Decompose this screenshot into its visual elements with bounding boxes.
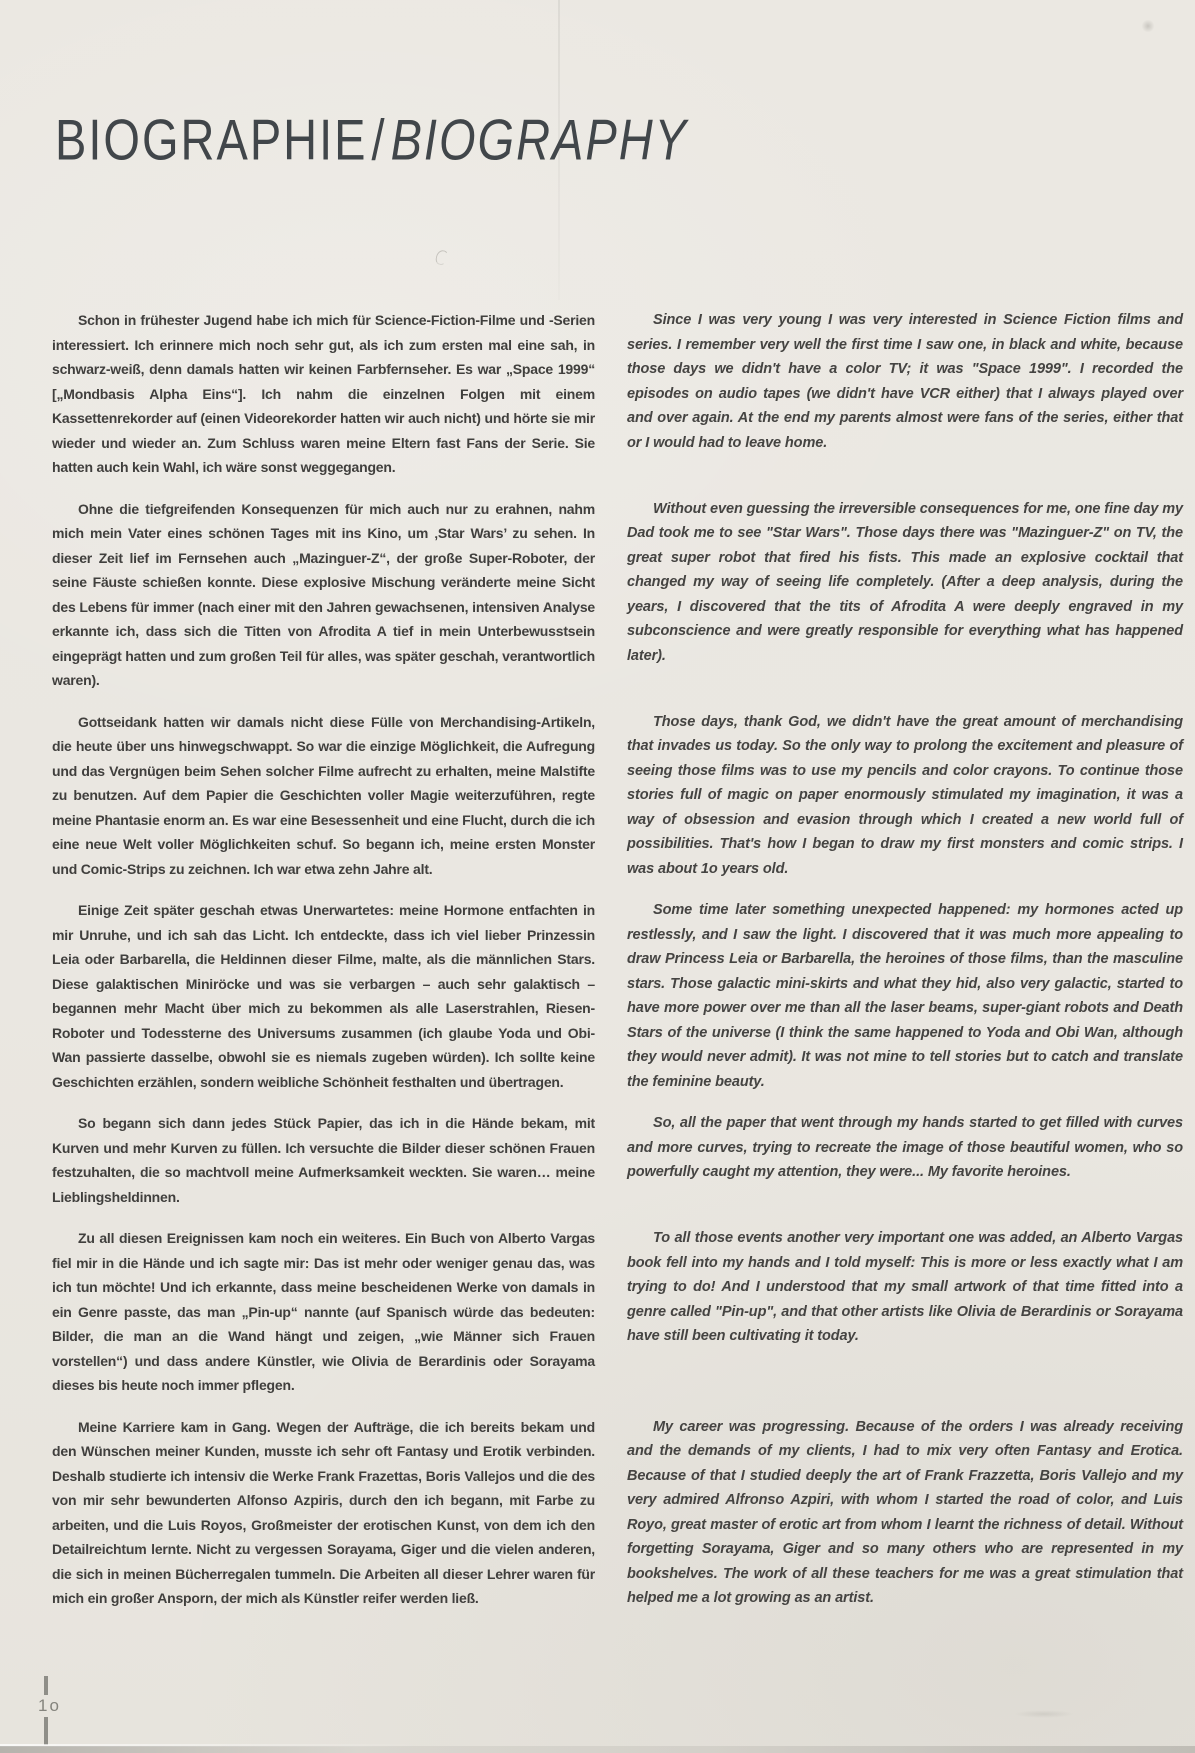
bio-paragraph-german: So begann sich dann jedes Stück Papier, … [52, 1111, 595, 1209]
scan-edge [0, 1746, 1195, 1753]
bio-paragraph-german: Gottseidank hatten wir damals nicht dies… [52, 710, 595, 882]
paragraph-row: So begann sich dann jedes Stück Papier, … [52, 1111, 1183, 1209]
paragraph-row: Schon in frühester Jugend habe ich mich … [52, 308, 1183, 480]
bio-paragraph-german: Schon in frühester Jugend habe ich mich … [52, 308, 595, 480]
bio-paragraph-german: Ohne die tiefgreifenden Konsequenzen für… [52, 497, 595, 693]
paragraph-row: Meine Karriere kam in Gang. Wegen der Au… [52, 1415, 1183, 1611]
bio-paragraph-english: Without even guessing the irreversible c… [627, 497, 1183, 693]
page-number: 1o [38, 1695, 78, 1717]
page-title-english: BIOGRAPHY [391, 107, 688, 172]
bio-paragraph-english: My career was progressing. Because of th… [627, 1415, 1183, 1611]
bio-paragraph-german: Zu all diesen Ereignissen kam noch ein w… [52, 1226, 595, 1398]
bio-paragraph-german: Einige Zeit später geschah etwas Unerwar… [52, 898, 595, 1094]
scan-smudge [434, 249, 448, 266]
paragraph-row: Einige Zeit später geschah etwas Unerwar… [52, 898, 1183, 1094]
paragraph-row: Ohne die tiefgreifenden Konsequenzen für… [52, 497, 1183, 693]
paragraph-row: Gottseidank hatten wir damals nicht dies… [52, 710, 1183, 882]
bio-paragraph-english: Some time later something unexpected hap… [627, 898, 1183, 1094]
footer-tick-mark [44, 1676, 48, 1695]
bio-paragraph-english: So, all the paper that went through my h… [627, 1111, 1183, 1209]
bio-paragraph-english: To all those events another very importa… [627, 1226, 1183, 1398]
bio-paragraph-english: Since I was very young I was very intere… [627, 308, 1183, 480]
bio-paragraph-german: Meine Karriere kam in Gang. Wegen der Au… [52, 1415, 595, 1611]
biography-text-columns: Schon in frühester Jugend habe ich mich … [52, 308, 1183, 1628]
paper-speck [1141, 20, 1155, 32]
scanned-book-page: BIOGRAPHIE/BIOGRAPHY Schon in frühester … [0, 0, 1195, 1753]
bio-paragraph-english: Those days, thank God, we didn't have th… [627, 710, 1183, 882]
page-title: BIOGRAPHIE/BIOGRAPHY [55, 106, 688, 173]
paragraph-row: Zu all diesen Ereignissen kam noch ein w… [52, 1226, 1183, 1398]
footer-tick-mark [44, 1717, 48, 1745]
page-title-separator: / [368, 107, 391, 172]
page-title-german: BIOGRAPHIE [55, 107, 368, 172]
page-footer: 1o [38, 1676, 78, 1745]
paper-speck [1014, 1710, 1074, 1718]
